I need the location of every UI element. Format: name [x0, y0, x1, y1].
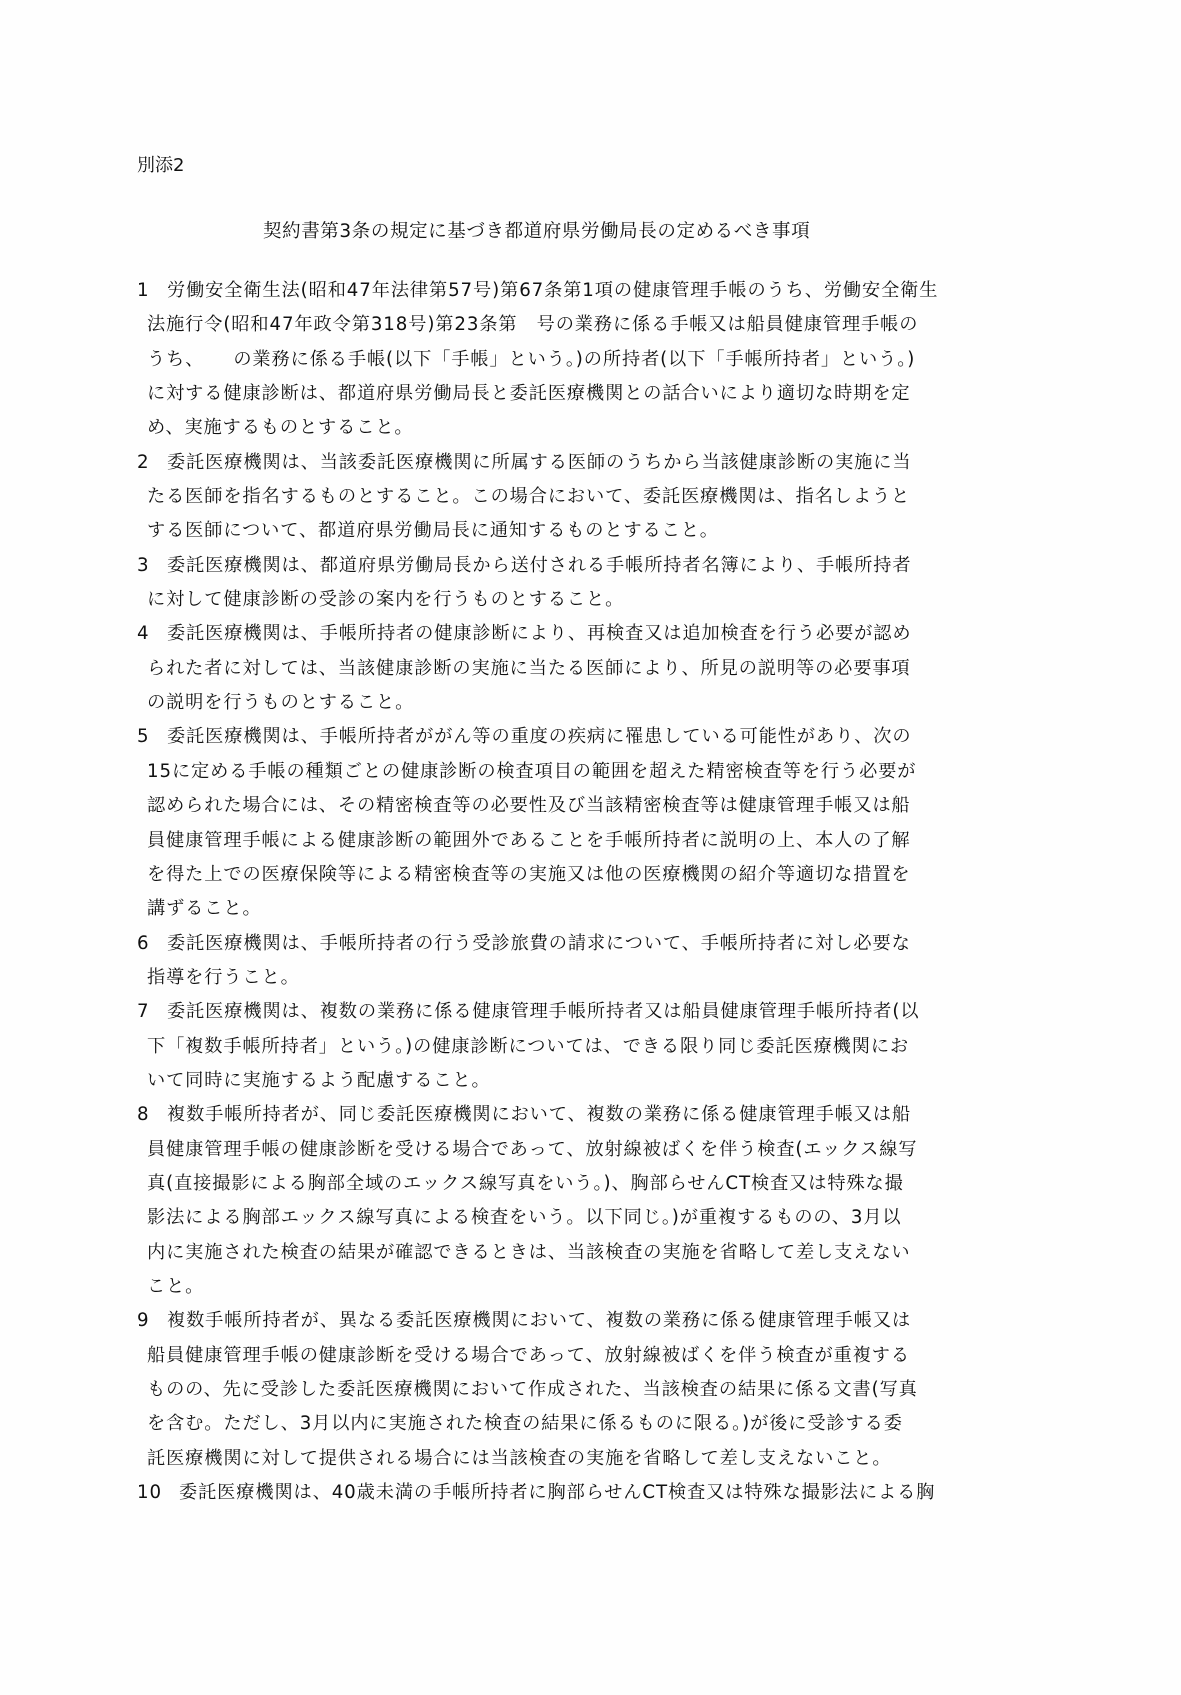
- item-line: 委託医療機関は、都道府県労働局長から送付される手帳所持者名簿により、手帳所持者: [167, 555, 911, 576]
- item-number: 1: [137, 274, 167, 308]
- item-line-row: 真(直接撮影による胸部全域のエックス線写真をいう。)、胸部らせんCT検査又は特殊…: [137, 1167, 967, 1201]
- item-line: 真(直接撮影による胸部全域のエックス線写真をいう。)、胸部らせんCT検査又は特殊…: [147, 1173, 904, 1194]
- item-line: 委託医療機関は、複数の業務に係る健康管理手帳所持者又は船員健康管理手帳所持者(以: [167, 1001, 919, 1022]
- item-line-row: うち、 の業務に係る手帳(以下「手帳」という。)の所持者(以下「手帳所持者」とい…: [137, 343, 967, 377]
- item-line: られた者に対しては、当該健康診断の実施に当たる医師により、所見の説明等の必要事項: [147, 658, 911, 679]
- item-number: 9: [137, 1304, 167, 1338]
- item-line: 下「複数手帳所持者」という。)の健康診断については、できる限り同じ委託医療機関に…: [147, 1036, 909, 1057]
- item-line: たる医師を指名するものとすること。この場合において、委託医療機関は、指名しようと: [147, 486, 910, 507]
- item-line-row: 指導を行うこと。: [137, 961, 967, 995]
- item-number: 5: [137, 720, 167, 754]
- item-line-row: ものの、先に受診した委託医療機関において作成された、当該検査の結果に係る文書(写…: [137, 1373, 967, 1407]
- item-line: に対して健康診断の受診の案内を行うものとすること。: [147, 589, 624, 610]
- item-line-row: られた者に対しては、当該健康診断の実施に当たる医師により、所見の説明等の必要事項: [137, 652, 967, 686]
- list-item: 6委託医療機関は、手帳所持者の行う受診旅費の請求について、手帳所持者に対し必要な: [137, 927, 967, 961]
- list-item: 3委託医療機関は、都道府県労働局長から送付される手帳所持者名簿により、手帳所持者: [137, 549, 967, 583]
- item-line-row: を得た上での医療保険等による精密検査等の実施又は他の医療機関の紹介等適切な措置を: [137, 858, 967, 892]
- item-line-row: 認められた場合には、その精密検査等の必要性及び当該精密検査等は健康管理手帳又は船: [137, 789, 967, 823]
- item-line: 15に定める手帳の種類ごとの健康診断の検査項目の範囲を超えた精密検査等を行う必要…: [147, 761, 916, 782]
- item-line: 複数手帳所持者が、同じ委託医療機関において、複数の業務に係る健康管理手帳又は船: [167, 1104, 911, 1125]
- item-number: 7: [137, 995, 167, 1029]
- item-line-row: の説明を行うものとすること。: [137, 686, 967, 720]
- item-line-row: を含む。ただし、3月以内に実施された検査の結果に係るものに限る。)が後に受診する…: [137, 1407, 967, 1441]
- item-number: 8: [137, 1098, 167, 1132]
- item-line: 船員健康管理手帳の健康診断を受ける場合であって、放射線被ばくを伴う検査が重複する: [147, 1345, 910, 1366]
- item-line-row: 15に定める手帳の種類ごとの健康診断の検査項目の範囲を超えた精密検査等を行う必要…: [137, 755, 967, 789]
- list-item: 7委託医療機関は、複数の業務に係る健康管理手帳所持者又は船員健康管理手帳所持者(…: [137, 995, 967, 1029]
- item-line: に対する健康診断は、都道府県労働局長と委託医療機関との話合いにより適切な時期を定: [147, 383, 911, 404]
- item-line: ものの、先に受診した委託医療機関において作成された、当該検査の結果に係る文書(写…: [147, 1379, 918, 1400]
- list-item: 4委託医療機関は、手帳所持者の健康診断により、再検査又は追加検査を行う必要が認め: [137, 617, 967, 651]
- item-line-row: に対する健康診断は、都道府県労働局長と委託医療機関との話合いにより適切な時期を定: [137, 377, 967, 411]
- list-item: 8複数手帳所持者が、同じ委託医療機関において、複数の業務に係る健康管理手帳又は船: [137, 1098, 967, 1132]
- document-title: 契約書第3条の規定に基づき都道府県労働局長の定めるべき事項: [263, 219, 810, 245]
- item-line: 認められた場合には、その精密検査等の必要性及び当該精密検査等は健康管理手帳又は船: [147, 795, 911, 816]
- item-line: いて同時に実施するよう配慮すること。: [147, 1070, 491, 1091]
- item-line: 委託医療機関は、当該委託医療機関に所属する医師のうちから当該健康診断の実施に当: [167, 452, 911, 473]
- item-line-row: 講ずること。: [137, 892, 967, 926]
- item-line: 指導を行うこと。: [147, 967, 300, 988]
- document-page: 別添2 契約書第3条の規定に基づき都道府県労働局長の定めるべき事項 1労働安全衛…: [0, 0, 1181, 1695]
- item-line: 影法による胸部エックス線写真による検査をいう。以下同じ。)が重複するものの、3月…: [147, 1207, 902, 1228]
- item-line-row: 託医療機関に対して提供される場合には当該検査の実施を省略して差し支えないこと。: [137, 1442, 967, 1476]
- item-number: 10: [137, 1476, 179, 1510]
- item-line: を得た上での医療保険等による精密検査等の実施又は他の医療機関の紹介等適切な措置を: [147, 864, 911, 885]
- item-list: 1労働安全衛生法(昭和47年法律第57号)第67条第1項の健康管理手帳のうち、労…: [137, 274, 967, 1510]
- item-line: 委託医療機関は、手帳所持者の健康診断により、再検査又は追加検査を行う必要が認め: [167, 623, 911, 644]
- item-line: を含む。ただし、3月以内に実施された検査の結果に係るものに限る。)が後に受診する…: [147, 1413, 903, 1434]
- list-item: 10委託医療機関は、40歳未満の手帳所持者に胸部らせんCT検査又は特殊な撮影法に…: [137, 1476, 967, 1510]
- item-number: 4: [137, 617, 167, 651]
- attachment-label: 別添2: [137, 154, 184, 178]
- item-number: 6: [137, 927, 167, 961]
- item-line: こと。: [147, 1276, 204, 1297]
- item-line: 委託医療機関は、手帳所持者の行う受診旅費の請求について、手帳所持者に対し必要な: [167, 933, 911, 954]
- list-item: 5委託医療機関は、手帳所持者ががん等の重度の疾病に罹患している可能性があり、次の: [137, 720, 967, 754]
- item-line: 内に実施された検査の結果が確認できるときは、当該検査の実施を省略して差し支えない: [147, 1242, 911, 1263]
- item-line: うち、 の業務に係る手帳(以下「手帳」という。)の所持者(以下「手帳所持者」とい…: [147, 349, 915, 370]
- item-line-row: 員健康管理手帳による健康診断の範囲外であることを手帳所持者に説明の上、本人の了解: [137, 824, 967, 858]
- list-item: 1労働安全衛生法(昭和47年法律第57号)第67条第1項の健康管理手帳のうち、労…: [137, 274, 967, 308]
- item-line: 委託医療機関は、手帳所持者ががん等の重度の疾病に罹患している可能性があり、次の: [167, 726, 911, 747]
- item-number: 3: [137, 549, 167, 583]
- item-line-row: め、実施するものとすること。: [137, 411, 967, 445]
- item-line: 法施行令(昭和47年政令第318号)第23条第 号の業務に係る手帳又は船員健康管…: [147, 314, 918, 335]
- item-line: 員健康管理手帳の健康診断を受ける場合であって、放射線被ばくを伴う検査(エックス線…: [147, 1139, 917, 1160]
- item-line: する医師について、都道府県労働局長に通知するものとすること。: [147, 520, 719, 541]
- item-line: 複数手帳所持者が、異なる委託医療機関において、複数の業務に係る健康管理手帳又は: [167, 1310, 911, 1331]
- item-line-row: 下「複数手帳所持者」という。)の健康診断については、できる限り同じ委託医療機関に…: [137, 1030, 967, 1064]
- item-number: 2: [137, 446, 167, 480]
- item-line-row: こと。: [137, 1270, 967, 1304]
- item-line-row: する医師について、都道府県労働局長に通知するものとすること。: [137, 514, 967, 548]
- item-line-row: 船員健康管理手帳の健康診断を受ける場合であって、放射線被ばくを伴う検査が重複する: [137, 1339, 967, 1373]
- item-line-row: に対して健康診断の受診の案内を行うものとすること。: [137, 583, 967, 617]
- item-line: の説明を行うものとすること。: [147, 692, 414, 713]
- item-line: 労働安全衛生法(昭和47年法律第57号)第67条第1項の健康管理手帳のうち、労働…: [167, 280, 938, 301]
- item-line: 講ずること。: [147, 898, 262, 919]
- item-line: 託医療機関に対して提供される場合には当該検査の実施を省略して差し支えないこと。: [147, 1448, 891, 1469]
- item-line-row: 員健康管理手帳の健康診断を受ける場合であって、放射線被ばくを伴う検査(エックス線…: [137, 1133, 967, 1167]
- item-line-row: いて同時に実施するよう配慮すること。: [137, 1064, 967, 1098]
- list-item: 2委託医療機関は、当該委託医療機関に所属する医師のうちから当該健康診断の実施に当: [137, 446, 967, 480]
- item-line: 委託医療機関は、40歳未満の手帳所持者に胸部らせんCT検査又は特殊な撮影法による…: [179, 1482, 935, 1503]
- item-line-row: 影法による胸部エックス線写真による検査をいう。以下同じ。)が重複するものの、3月…: [137, 1201, 967, 1235]
- item-line-row: たる医師を指名するものとすること。この場合において、委託医療機関は、指名しようと: [137, 480, 967, 514]
- item-line: 員健康管理手帳による健康診断の範囲外であることを手帳所持者に説明の上、本人の了解: [147, 830, 911, 851]
- item-line: め、実施するものとすること。: [147, 417, 414, 438]
- item-line-row: 内に実施された検査の結果が確認できるときは、当該検査の実施を省略して差し支えない: [137, 1236, 967, 1270]
- list-item: 9複数手帳所持者が、異なる委託医療機関において、複数の業務に係る健康管理手帳又は: [137, 1304, 967, 1338]
- item-line-row: 法施行令(昭和47年政令第318号)第23条第 号の業務に係る手帳又は船員健康管…: [137, 308, 967, 342]
